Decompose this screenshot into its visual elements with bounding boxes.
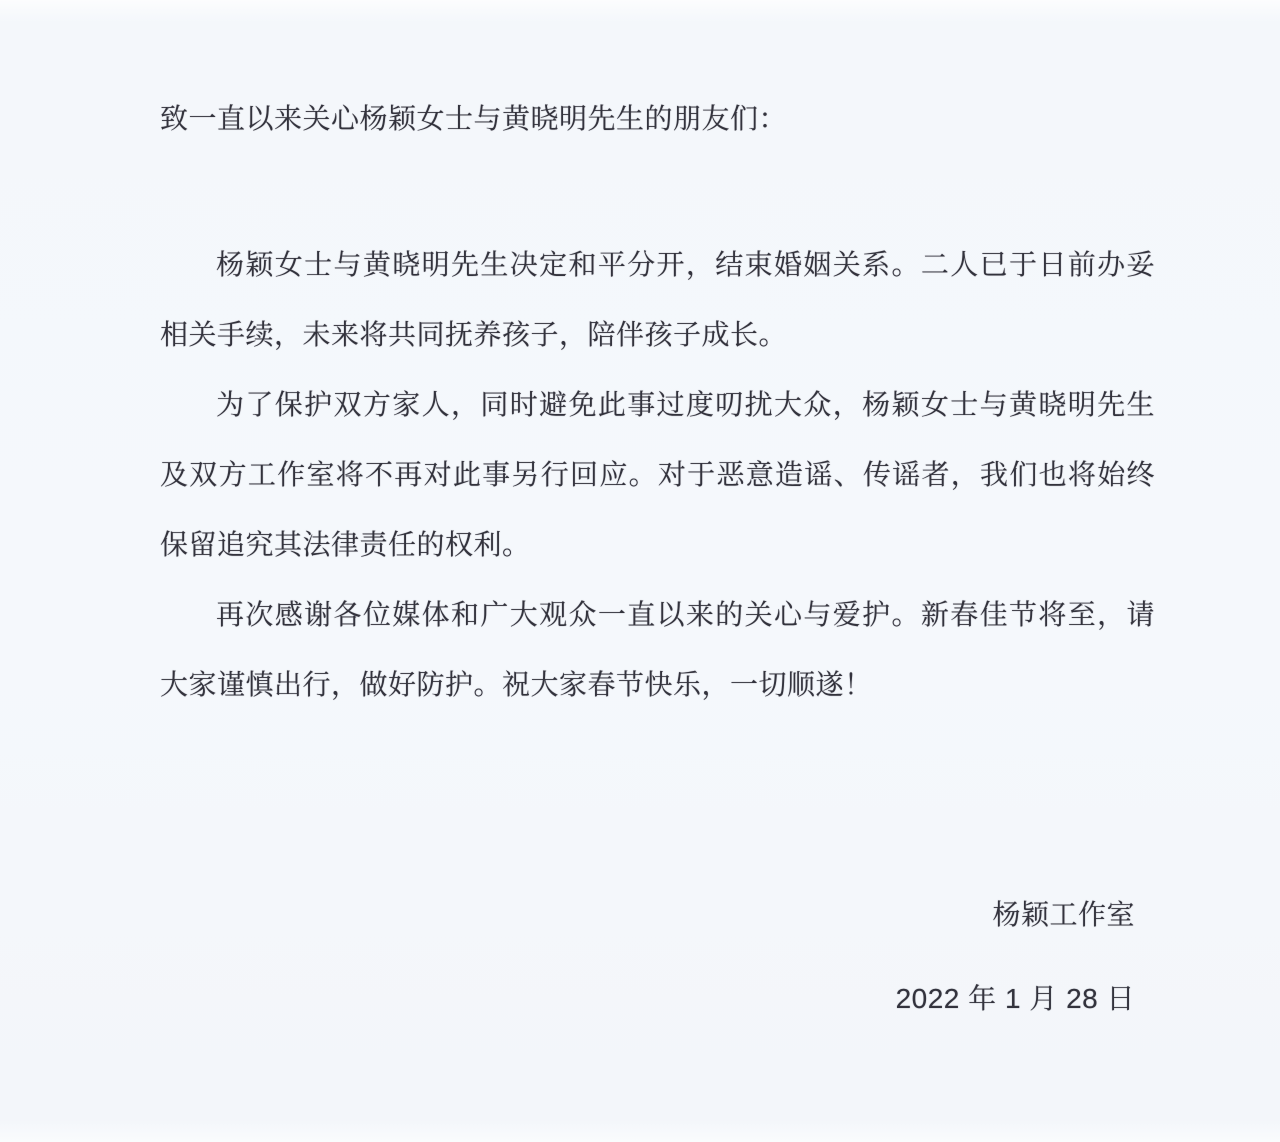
scanned-letter: 致一直以来关心杨颖女士与黄晓明先生的朋友们： 杨颖女士与黄晓明先生决定和平分开，…	[0, 0, 1280, 1142]
letter-date: 2022 年 1 月 28 日	[160, 964, 1135, 1034]
letter-signature: 杨颖工作室	[160, 880, 1135, 950]
letter-salutation: 致一直以来关心杨颖女士与黄晓明先生的朋友们：	[160, 84, 1155, 154]
signature-block: 杨颖工作室 2022 年 1 月 28 日	[160, 880, 1155, 1034]
letter-paragraph-1: 杨颖女士与黄晓明先生决定和平分开，结束婚姻关系。二人已于日前办妥相关手续，未来将…	[160, 230, 1155, 370]
letter-paragraph-3: 再次感谢各位媒体和广大观众一直以来的关心与爱护。新春佳节将至，请大家谨慎出行，做…	[160, 580, 1155, 720]
letter-paragraph-2: 为了保护双方家人，同时避免此事过度叨扰大众，杨颖女士与黄晓明先生及双方工作室将不…	[160, 370, 1155, 580]
